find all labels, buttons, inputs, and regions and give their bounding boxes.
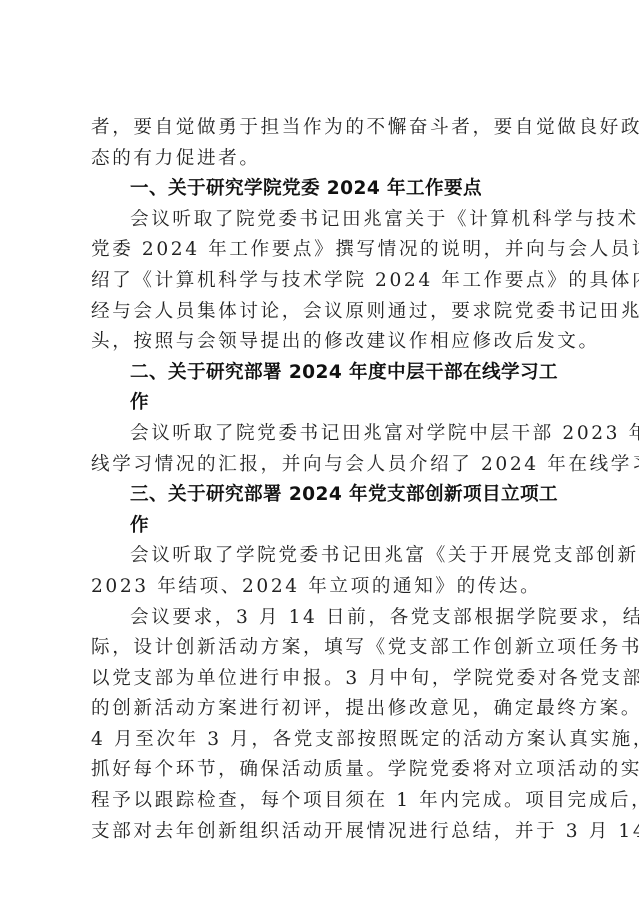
paragraph-section-3-requirements: 会议要求，3 月 14 日前，各党支部根据学院要求，结合实 xyxy=(91,603,559,634)
document-page: 者，要自觉做勇于担当作为的不懈奋斗者，要自觉做良好政治生 态的有力促进者。 一、… xyxy=(91,113,559,847)
text-line: 绍了《计算机科学与技术学院 2024 年工作要点》的具体内容。 xyxy=(91,266,559,297)
text-line: 抓好每个环节，确保活动质量。学院党委将对立项活动的实施过 xyxy=(91,755,559,786)
paragraph-section-1-body-cont: 党委 2024 年工作要点》撰写情况的说明，并向与会人员详细介 绍了《计算机科学… xyxy=(91,235,559,357)
text-line: 4 月至次年 3 月，各党支部按照既定的活动方案认真实施，扎实 xyxy=(91,725,559,756)
text-line: 以党支部为单位进行申报。3 月中旬，学院党委对各党支部上报 xyxy=(91,664,559,695)
text-line: 程予以跟踪检查，每个项目须在 1 年内完成。项目完成后，各党 xyxy=(91,786,559,817)
text-line: 会议听取了院党委书记田兆富对学院中层干部 2023 年度在 xyxy=(91,419,559,450)
paragraph-section-1-body: 会议听取了院党委书记田兆富关于《计算机科学与技术学院 xyxy=(91,205,559,236)
text-line: 经与会人员集体讨论，会议原则通过，要求院党委书记田兆富牵 xyxy=(91,297,559,328)
paragraph-section-2-body: 会议听取了院党委书记田兆富对学院中层干部 2023 年度在 xyxy=(91,419,559,450)
section-heading-3: 三、关于研究部署 2024 年党支部创新项目立项工作 xyxy=(91,480,559,541)
paragraph-section-2-body-cont: 线学习情况的汇报，并向与会人员介绍了 2024 年在线学习任务。 xyxy=(91,450,559,481)
paragraph-intro-continuation: 者，要自觉做勇于担当作为的不懈奋斗者，要自觉做良好政治生 态的有力促进者。 xyxy=(91,113,559,174)
text-line: 的创新活动方案进行初评，提出修改意见，确定最终方案。当年 xyxy=(91,694,559,725)
text-line: 会议要求，3 月 14 日前，各党支部根据学院要求，结合实 xyxy=(91,603,559,634)
text-line: 2023 年结项、2024 年立项的通知》的传达。 xyxy=(91,572,559,603)
text-line: 支部对去年创新组织活动开展情况进行总结，并于 3 月 14 日前 xyxy=(91,817,559,848)
text-line: 线学习情况的汇报，并向与会人员介绍了 2024 年在线学习任务。 xyxy=(91,450,559,481)
paragraph-section-3-body-cont: 2023 年结项、2024 年立项的通知》的传达。 xyxy=(91,572,559,603)
text-line: 党委 2024 年工作要点》撰写情况的说明，并向与会人员详细介 xyxy=(91,235,559,266)
text-line: 会议听取了学院党委书记田兆富《关于开展党支部创新项目 xyxy=(91,541,559,572)
section-heading-1: 一、关于研究学院党委 2024 年工作要点 xyxy=(91,174,559,205)
text-line: 者，要自觉做勇于担当作为的不懈奋斗者，要自觉做良好政治生 xyxy=(91,113,559,144)
paragraph-section-3-body: 会议听取了学院党委书记田兆富《关于开展党支部创新项目 xyxy=(91,541,559,572)
text-line: 际，设计创新活动方案，填写《党支部工作创新立项任务书》， xyxy=(91,633,559,664)
text-line: 态的有力促进者。 xyxy=(91,144,559,175)
text-line: 会议听取了院党委书记田兆富关于《计算机科学与技术学院 xyxy=(91,205,559,236)
text-line: 头，按照与会领导提出的修改建议作相应修改后发文。 xyxy=(91,327,559,358)
section-heading-2: 二、关于研究部署 2024 年度中层干部在线学习工作 xyxy=(91,358,559,419)
paragraph-section-3-requirements-cont: 际，设计创新活动方案，填写《党支部工作创新立项任务书》， 以党支部为单位进行申报… xyxy=(91,633,559,847)
